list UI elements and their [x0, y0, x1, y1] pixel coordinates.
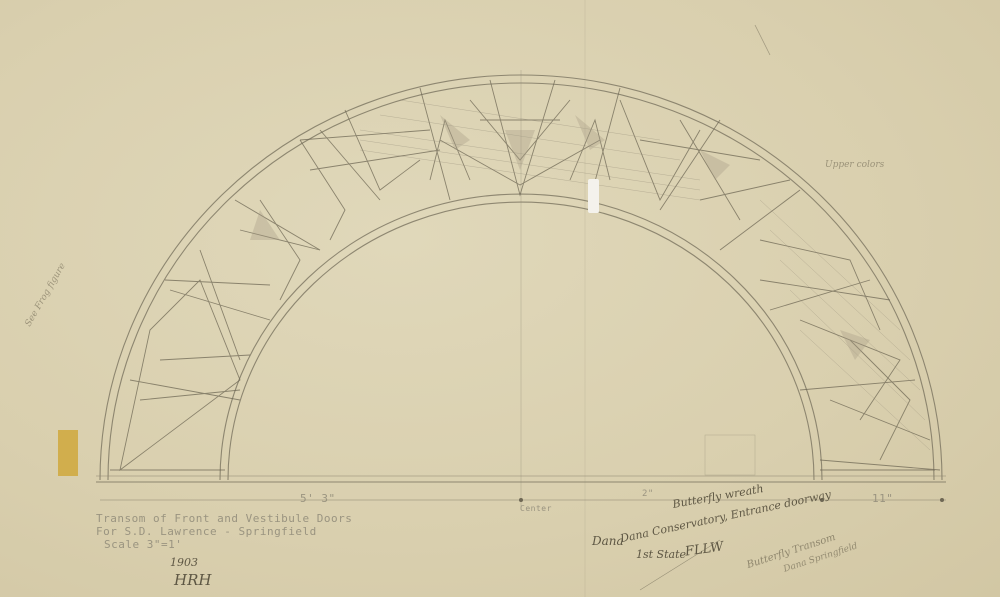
arch-transom-drawing — [0, 0, 1000, 597]
right-mark-dimension: 2" — [642, 488, 654, 501]
state-note: 1st State — [636, 548, 686, 561]
title-block: Transom of Front and Vestibule Doors For… — [96, 512, 352, 551]
upper-right-note: Upper colors — [825, 160, 884, 170]
tape-piece — [58, 430, 78, 476]
title-line-3: Scale 3"=1' — [96, 538, 352, 551]
title-line-2: For S.D. Lawrence - Springfield — [96, 525, 352, 538]
initials-note: HRH — [174, 571, 211, 589]
title-line-1: Transom of Front and Vestibule Doors — [96, 512, 352, 525]
dana-note: Dana — [592, 534, 624, 548]
paper-tear — [588, 179, 599, 213]
right-span-dimension: 11" — [872, 492, 893, 505]
left-span-dimension: 5' 3" — [300, 492, 336, 505]
date-note: 1903 — [170, 556, 198, 569]
center-dimension: Center — [520, 502, 552, 515]
